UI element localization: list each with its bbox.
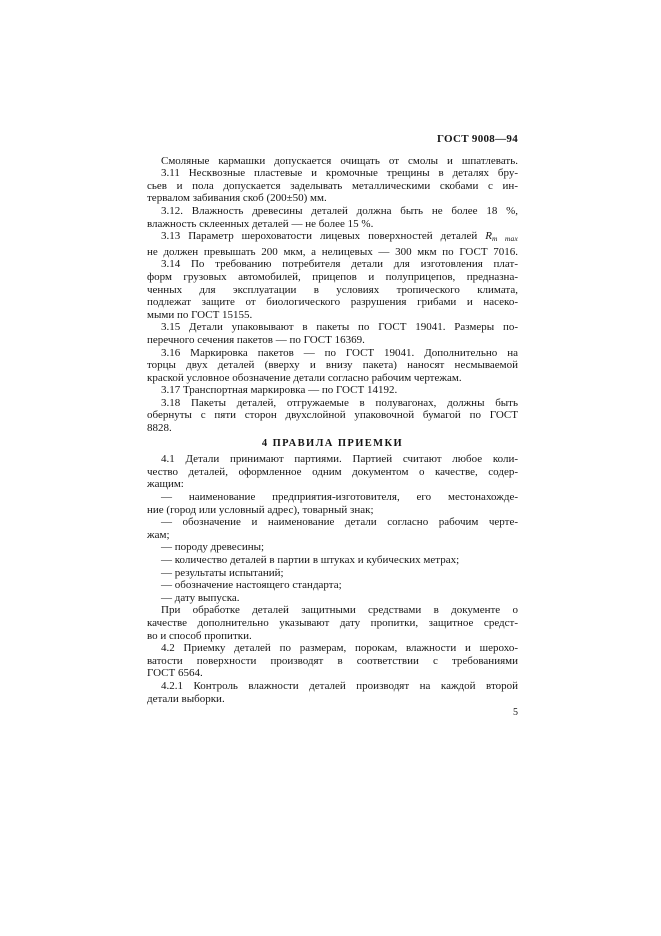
text-line: 3.13 Параметр шероховатости лицевых пове…	[147, 230, 518, 246]
text-line: обернуты с пяти сторон двухслойной упако…	[147, 409, 518, 422]
running-header: ГОСТ 9008—94	[147, 133, 518, 146]
text-line: во и способ пропитки.	[147, 630, 518, 643]
text-line: форм грузовых автомобилей, прицепов и по…	[147, 271, 518, 284]
text-line: 4.1 Детали принимают партиями. Партией с…	[147, 453, 518, 466]
text-line: мыми по ГОСТ 15155.	[147, 309, 518, 322]
document-body: Смоляные кармашки допускается очищать от…	[147, 155, 518, 706]
text-line: При обработке деталей защитными средства…	[147, 604, 518, 617]
text-line: — обозначение настоящего стандарта;	[147, 579, 518, 592]
text-line: 3.16 Маркировка пакетов — по ГОСТ 19041.…	[147, 347, 518, 360]
document-page: ГОСТ 9008—94 Смоляные кармашки допускает…	[0, 0, 661, 936]
text-line: 4.2 Приемку деталей по размерам, порокам…	[147, 642, 518, 655]
text-line: — наименование предприятия-изготовителя,…	[147, 491, 518, 504]
text-line: 4.2.1 Контроль влажности деталей произво…	[147, 680, 518, 693]
page-number: 5	[147, 707, 519, 720]
text-line: ченных для эксплуатации в условиях тропи…	[147, 284, 518, 297]
text-line: 3.18 Пакеты деталей, отгружаемые в полув…	[147, 397, 518, 410]
text-line: 3.17 Транспортная маркировка — по ГОСТ 1…	[147, 384, 518, 397]
text-line: краской условное обозначение детали согл…	[147, 372, 518, 385]
text-line: торцы двух деталей (вверху и внизу пакет…	[147, 359, 518, 372]
text-line: ние (город или условный адрес), товарный…	[147, 504, 518, 517]
text-line: ватости поверхности производят в соответ…	[147, 655, 518, 668]
text-line: — дату выпуска.	[147, 592, 518, 605]
text-line: качестве дополнительно указывают дату пр…	[147, 617, 518, 630]
text-line: подлежат защите от биологического разруш…	[147, 296, 518, 309]
text-line: — обозначение и наименование детали согл…	[147, 516, 518, 529]
text-line: жащим:	[147, 478, 518, 491]
section-heading: 4 ПРАВИЛА ПРИЕМКИ	[147, 438, 518, 451]
text-line: — породу древесины;	[147, 541, 518, 554]
text-line: жам;	[147, 529, 518, 542]
text-line: ГОСТ 6564.	[147, 667, 518, 680]
text-line: не должен превышать 200 мкм, а нелицевых…	[147, 246, 518, 259]
text-line: тервалом забивания скоб (200±50) мм.	[147, 192, 518, 205]
text-line: 3.15 Детали упаковывают в пакеты по ГОСТ…	[147, 321, 518, 334]
text-line: — количество деталей в партии в штуках и…	[147, 554, 518, 567]
text-line: чество деталей, оформленное одним докуме…	[147, 466, 518, 479]
doc-number: ГОСТ 9008—94	[437, 133, 518, 145]
text-line: — результаты испытаний;	[147, 567, 518, 580]
text-line: сьев и пола допускается заделывать метал…	[147, 180, 518, 193]
text-line: 3.12. Влажность древесины деталей должна…	[147, 205, 518, 218]
text-line: перечного сечения пакетов — по ГОСТ 1636…	[147, 334, 518, 347]
text-line: влажность склеенных деталей — не более 1…	[147, 218, 518, 231]
text-line: детали выборки.	[147, 693, 518, 706]
text-line: 3.14 По требованию потребителя детали дл…	[147, 258, 518, 271]
text-line: 8828.	[147, 422, 518, 435]
text-line: Смоляные кармашки допускается очищать от…	[147, 155, 518, 168]
text-line: 3.11 Несквозные пластевые и кромочные тр…	[147, 167, 518, 180]
